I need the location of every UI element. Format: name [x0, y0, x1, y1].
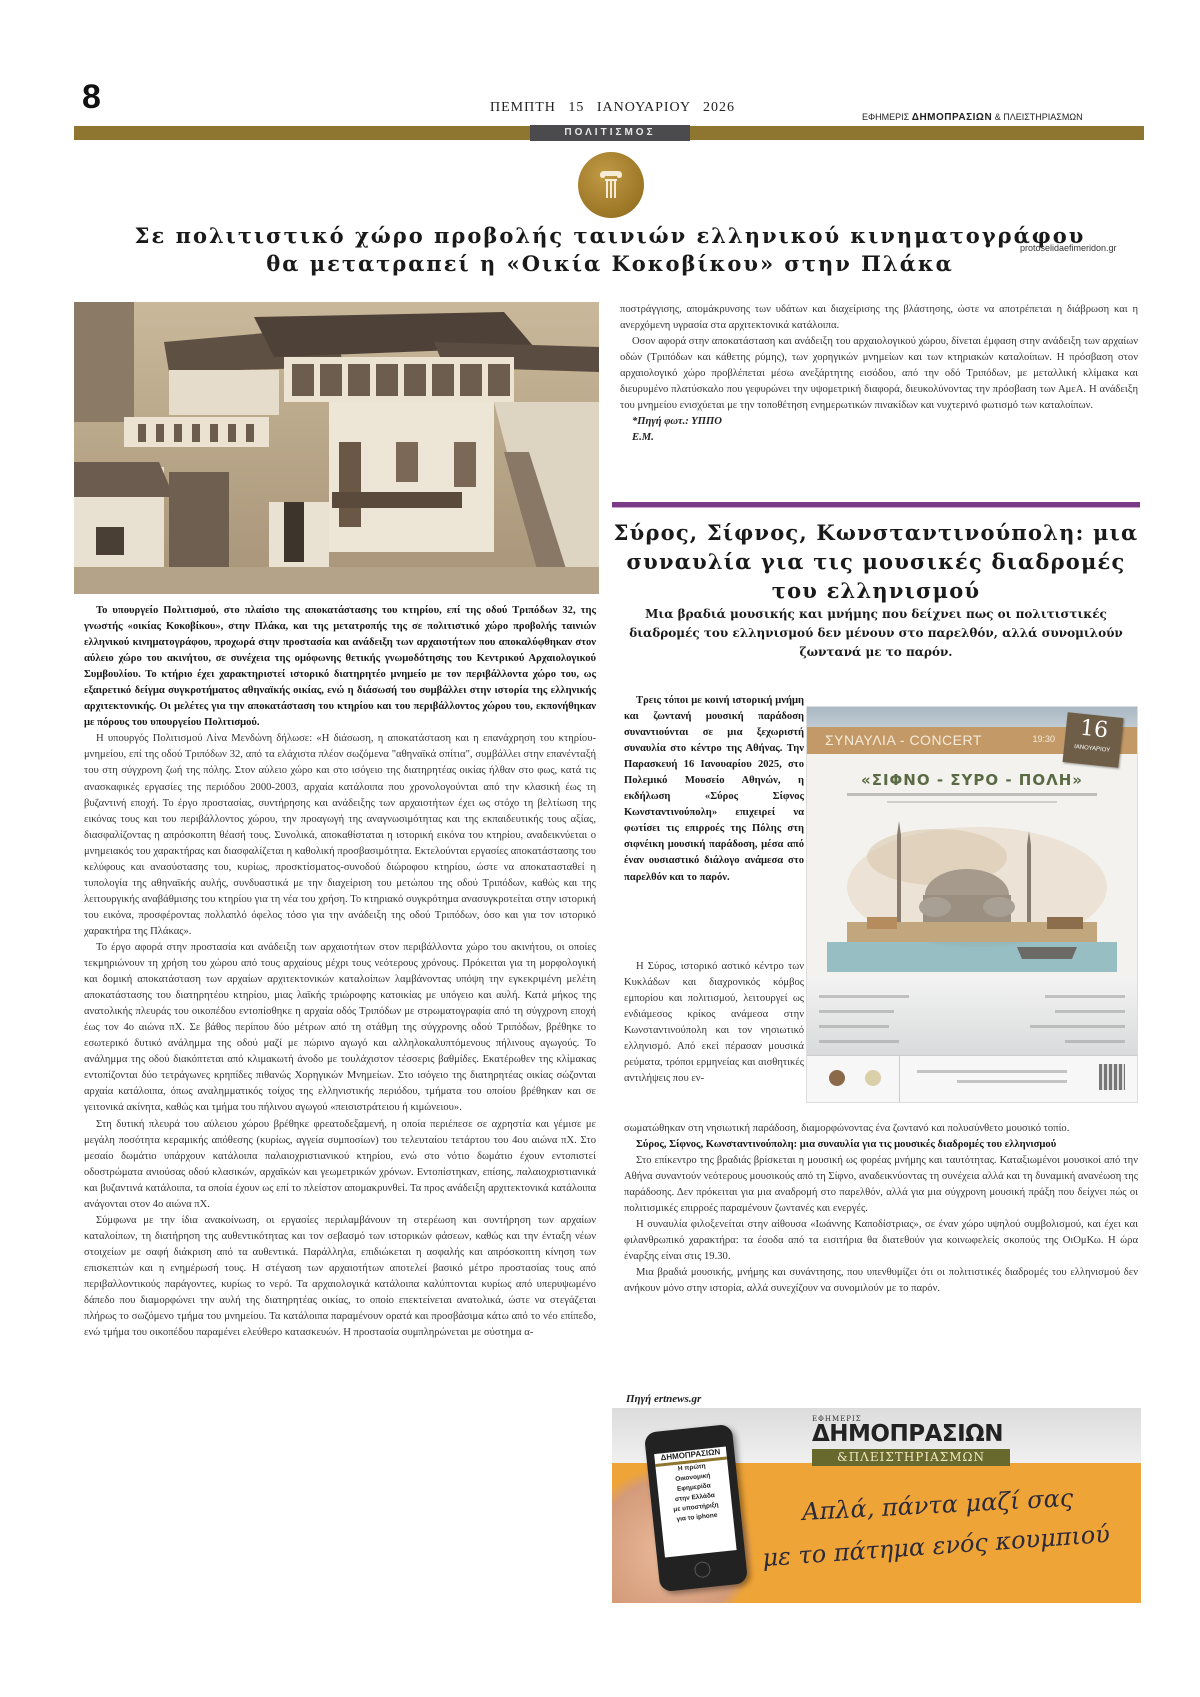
venue-text-placeholder — [957, 1080, 1067, 1083]
watermark: protoselidaefimeridon.gr — [1020, 243, 1117, 253]
article1-lead: Το υπουργείο Πολιτισμού, στο πλαίσιο της… — [84, 603, 596, 731]
article2-lead: Τρεις τόποι με κοινή ιστορική μνήμη και … — [624, 693, 804, 886]
author-initials: Ε.Μ. — [620, 430, 1138, 446]
article2-paragraph: Στο επίκεντρο της βραδιάς βρίσκεται η μο… — [624, 1153, 1138, 1217]
performer-name-placeholder — [1065, 1040, 1125, 1043]
article-divider — [612, 502, 1140, 508]
performer-name-placeholder — [819, 995, 909, 998]
article2-paragraph: Η Σύρος, ιστορικό αστικό κέντρο των Κυκλ… — [624, 959, 804, 1087]
poster-title: «ΣΙΦΝΟ - ΣΥΡΟ - ΠΟΛΗ» — [807, 771, 1137, 789]
phone-screen: ΔΗΜΟΠΡΑΣΙΩΝ Η πρώτη Οικονομική Εφημερίδα… — [654, 1447, 736, 1558]
poster-date-stamp: 16 ΙΑΝΟΥΑΡΙΟΥ — [1063, 712, 1124, 768]
performer-name-placeholder — [819, 1040, 899, 1043]
culture-badge — [578, 152, 644, 218]
article1-photo — [74, 302, 599, 594]
article1-paragraph: Το έργο αφορά στην προστασία και ανάδειξ… — [84, 940, 596, 1117]
newspaper-ad-banner[interactable]: ΕΦΗΜΕΡΙΣ ΔΗΜΟΠΡΑΣΙΩΝ &ΠΛΕΙΣΤΗΡΙΑΣΜΩΝ Απλ… — [612, 1408, 1141, 1603]
article1-column-left: Το υπουργείο Πολιτισμού, στο πλαίσιο της… — [84, 603, 596, 1341]
performer-name-placeholder — [1030, 1025, 1125, 1028]
article2-paragraph: σωματώθηκαν στη νησιωτική παράδοση, διαμ… — [624, 1121, 1138, 1137]
article2-paragraph: Μια βραδιά μουσικής, μνήμης και συνάντησ… — [624, 1265, 1138, 1297]
sponsor-logo — [865, 1070, 881, 1086]
venue-text-placeholder — [917, 1070, 1067, 1073]
article1-headline-line1: Σε πολιτιστικό χώρο προβολής ταινιών ελλ… — [120, 222, 1100, 250]
page-number: 8 — [82, 78, 101, 117]
article1-paragraph: Η υπουργός Πολιτισμού Λίνα Μενδώνη δήλωσ… — [84, 731, 596, 940]
poster-subtitle — [847, 793, 1097, 796]
ad-logo-strip: &ΠΛΕΙΣΤΗΡΙΑΣΜΩΝ — [812, 1449, 1010, 1466]
poster-date-day: 16 — [1079, 716, 1109, 744]
article1-column-right: ποστράγγισης, απομάκρυνσης των υδάτων κα… — [620, 302, 1138, 446]
section-tab: ΠΟΛΙΤΙΣΜΟΣ — [530, 125, 690, 141]
phone-home-button — [694, 1561, 712, 1579]
photo-credit: *Πηγή φωτ.: ΥΠΠΟ — [620, 414, 1138, 430]
performer-name-placeholder — [1045, 995, 1125, 998]
concert-poster: ΣΥΝΑΥΛΙΑ - CONCERT 19:30 16 ΙΑΝΟΥΑΡΙΟΥ «… — [806, 706, 1138, 1103]
article2-paragraph: Η συναυλία φιλοξενείται στην αίθουσα «Ιω… — [624, 1217, 1138, 1265]
poster-subtitle — [887, 801, 1057, 803]
article2-headline: Σύρος, Σίφνος, Κωνσταντινούπολη: μια συν… — [612, 518, 1140, 605]
article1-paragraph: Σύμφωνα με την ίδια ανακοίνωση, οι εργασ… — [84, 1213, 596, 1341]
header-logo: ΕΦΗΜΕΡΙΣ ΔΗΜΟΠΡΑΣΙΩΝ & ΠΛΕΙΣΤΗΡΙΑΣΜΩΝ — [862, 112, 1083, 123]
issue-date: ΠΕΜΠΤΗ 15 ΙΑΝΟΥΑΡΙΟΥ 2026 — [490, 100, 735, 116]
article2-subhead: Μια βραδιά μουσικής και μνήμης που δείχν… — [612, 605, 1140, 662]
poster-performers — [807, 977, 1137, 1057]
article2-column-narrow-2: Η Σύρος, ιστορικό αστικό κέντρο των Κυκλ… — [624, 959, 804, 1087]
poster-band-label: ΣΥΝΑΥΛΙΑ - CONCERT — [825, 732, 982, 748]
header-logo-suffix: & ΠΛΕΙΣΤΗΡΙΑΣΜΩΝ — [995, 112, 1083, 122]
smartphone-icon: ΔΗΜΟΠΡΑΣΙΩΝ Η πρώτη Οικονομική Εφημερίδα… — [644, 1424, 748, 1592]
article2-column-narrow: Τρεις τόποι με κοινή ιστορική μνήμη και … — [624, 693, 804, 886]
article2-column-wide: σωματώθηκαν στη νησιωτική παράδοση, διαμ… — [624, 1121, 1138, 1298]
article1-paragraph: Οσον αφορά στην αποκατάσταση και ανάδειξ… — [620, 334, 1138, 414]
footer-divider — [899, 1056, 900, 1103]
article2-source: Πηγή ertnews.gr — [626, 1393, 701, 1405]
article1-headline: Σε πολιτιστικό χώρο προβολής ταινιών ελλ… — [120, 222, 1100, 278]
poster-time: 19:30 — [1032, 734, 1055, 744]
poster-footer — [807, 1055, 1137, 1103]
ionic-column-icon — [596, 169, 626, 201]
poster-date-month: ΙΑΝΟΥΑΡΙΟΥ — [1064, 742, 1121, 756]
ad-slogan: Απλά, πάντα μαζί σας με το πάτημα ενός κ… — [782, 1483, 1110, 1567]
article1-paragraph: Στη δυτική πλευρά του αύλειου χώρου βρέθ… — [84, 1117, 596, 1213]
article1-paragraph: ποστράγγισης, απομάκρυνσης των υδάτων κα… — [620, 302, 1138, 334]
performer-name-placeholder — [819, 1025, 889, 1028]
historic-house-photo — [74, 302, 599, 594]
article1-headline-line2: θα μετατραπεί η «Οικία Κοκοβίκου» στην Π… — [120, 250, 1100, 278]
qr-code-icon — [1099, 1064, 1125, 1090]
article2-inline-heading: Σύρος, Σίφνος, Κωνσταντινούπολη: μια συν… — [624, 1137, 1138, 1153]
sponsor-logo — [829, 1070, 845, 1086]
performer-name-placeholder — [1055, 1010, 1125, 1013]
header-logo-prefix: ΕΦΗΜΕΡΙΣ — [862, 112, 909, 122]
ad-logo-main: ΔΗΜΟΠΡΑΣΙΩΝ — [812, 1421, 1003, 1447]
istanbul-mosque-illustration — [827, 817, 1117, 987]
performer-name-placeholder — [819, 1010, 894, 1013]
header-logo-main: ΔΗΜΟΠΡΑΣΙΩΝ — [912, 112, 992, 123]
